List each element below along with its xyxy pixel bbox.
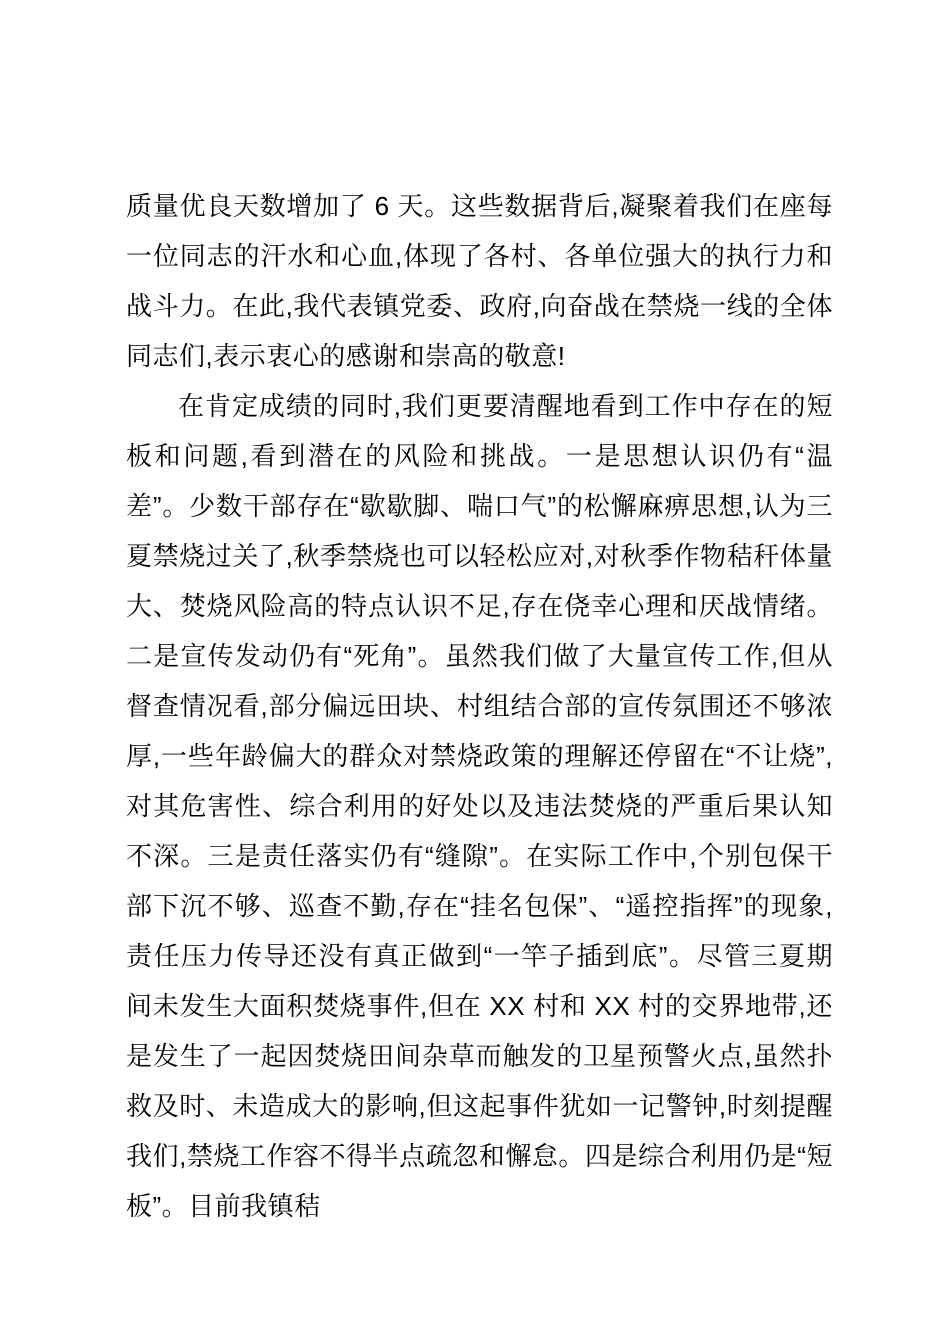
document-body: 质量优良天数增加了 6 天。这些数据背后,凝聚着我们在座每一位同志的汗水和心血,… xyxy=(126,181,833,1231)
document-page: 质量优良天数增加了 6 天。这些数据背后,凝聚着我们在座每一位同志的汗水和心血,… xyxy=(0,0,950,1344)
paragraph: 质量优良天数增加了 6 天。这些数据背后,凝聚着我们在座每一位同志的汗水和心血,… xyxy=(126,181,833,381)
paragraph: 在肯定成绩的同时,我们更要清醒地看到工作中存在的短板和问题,看到潜在的风险和挑战… xyxy=(126,381,833,1231)
